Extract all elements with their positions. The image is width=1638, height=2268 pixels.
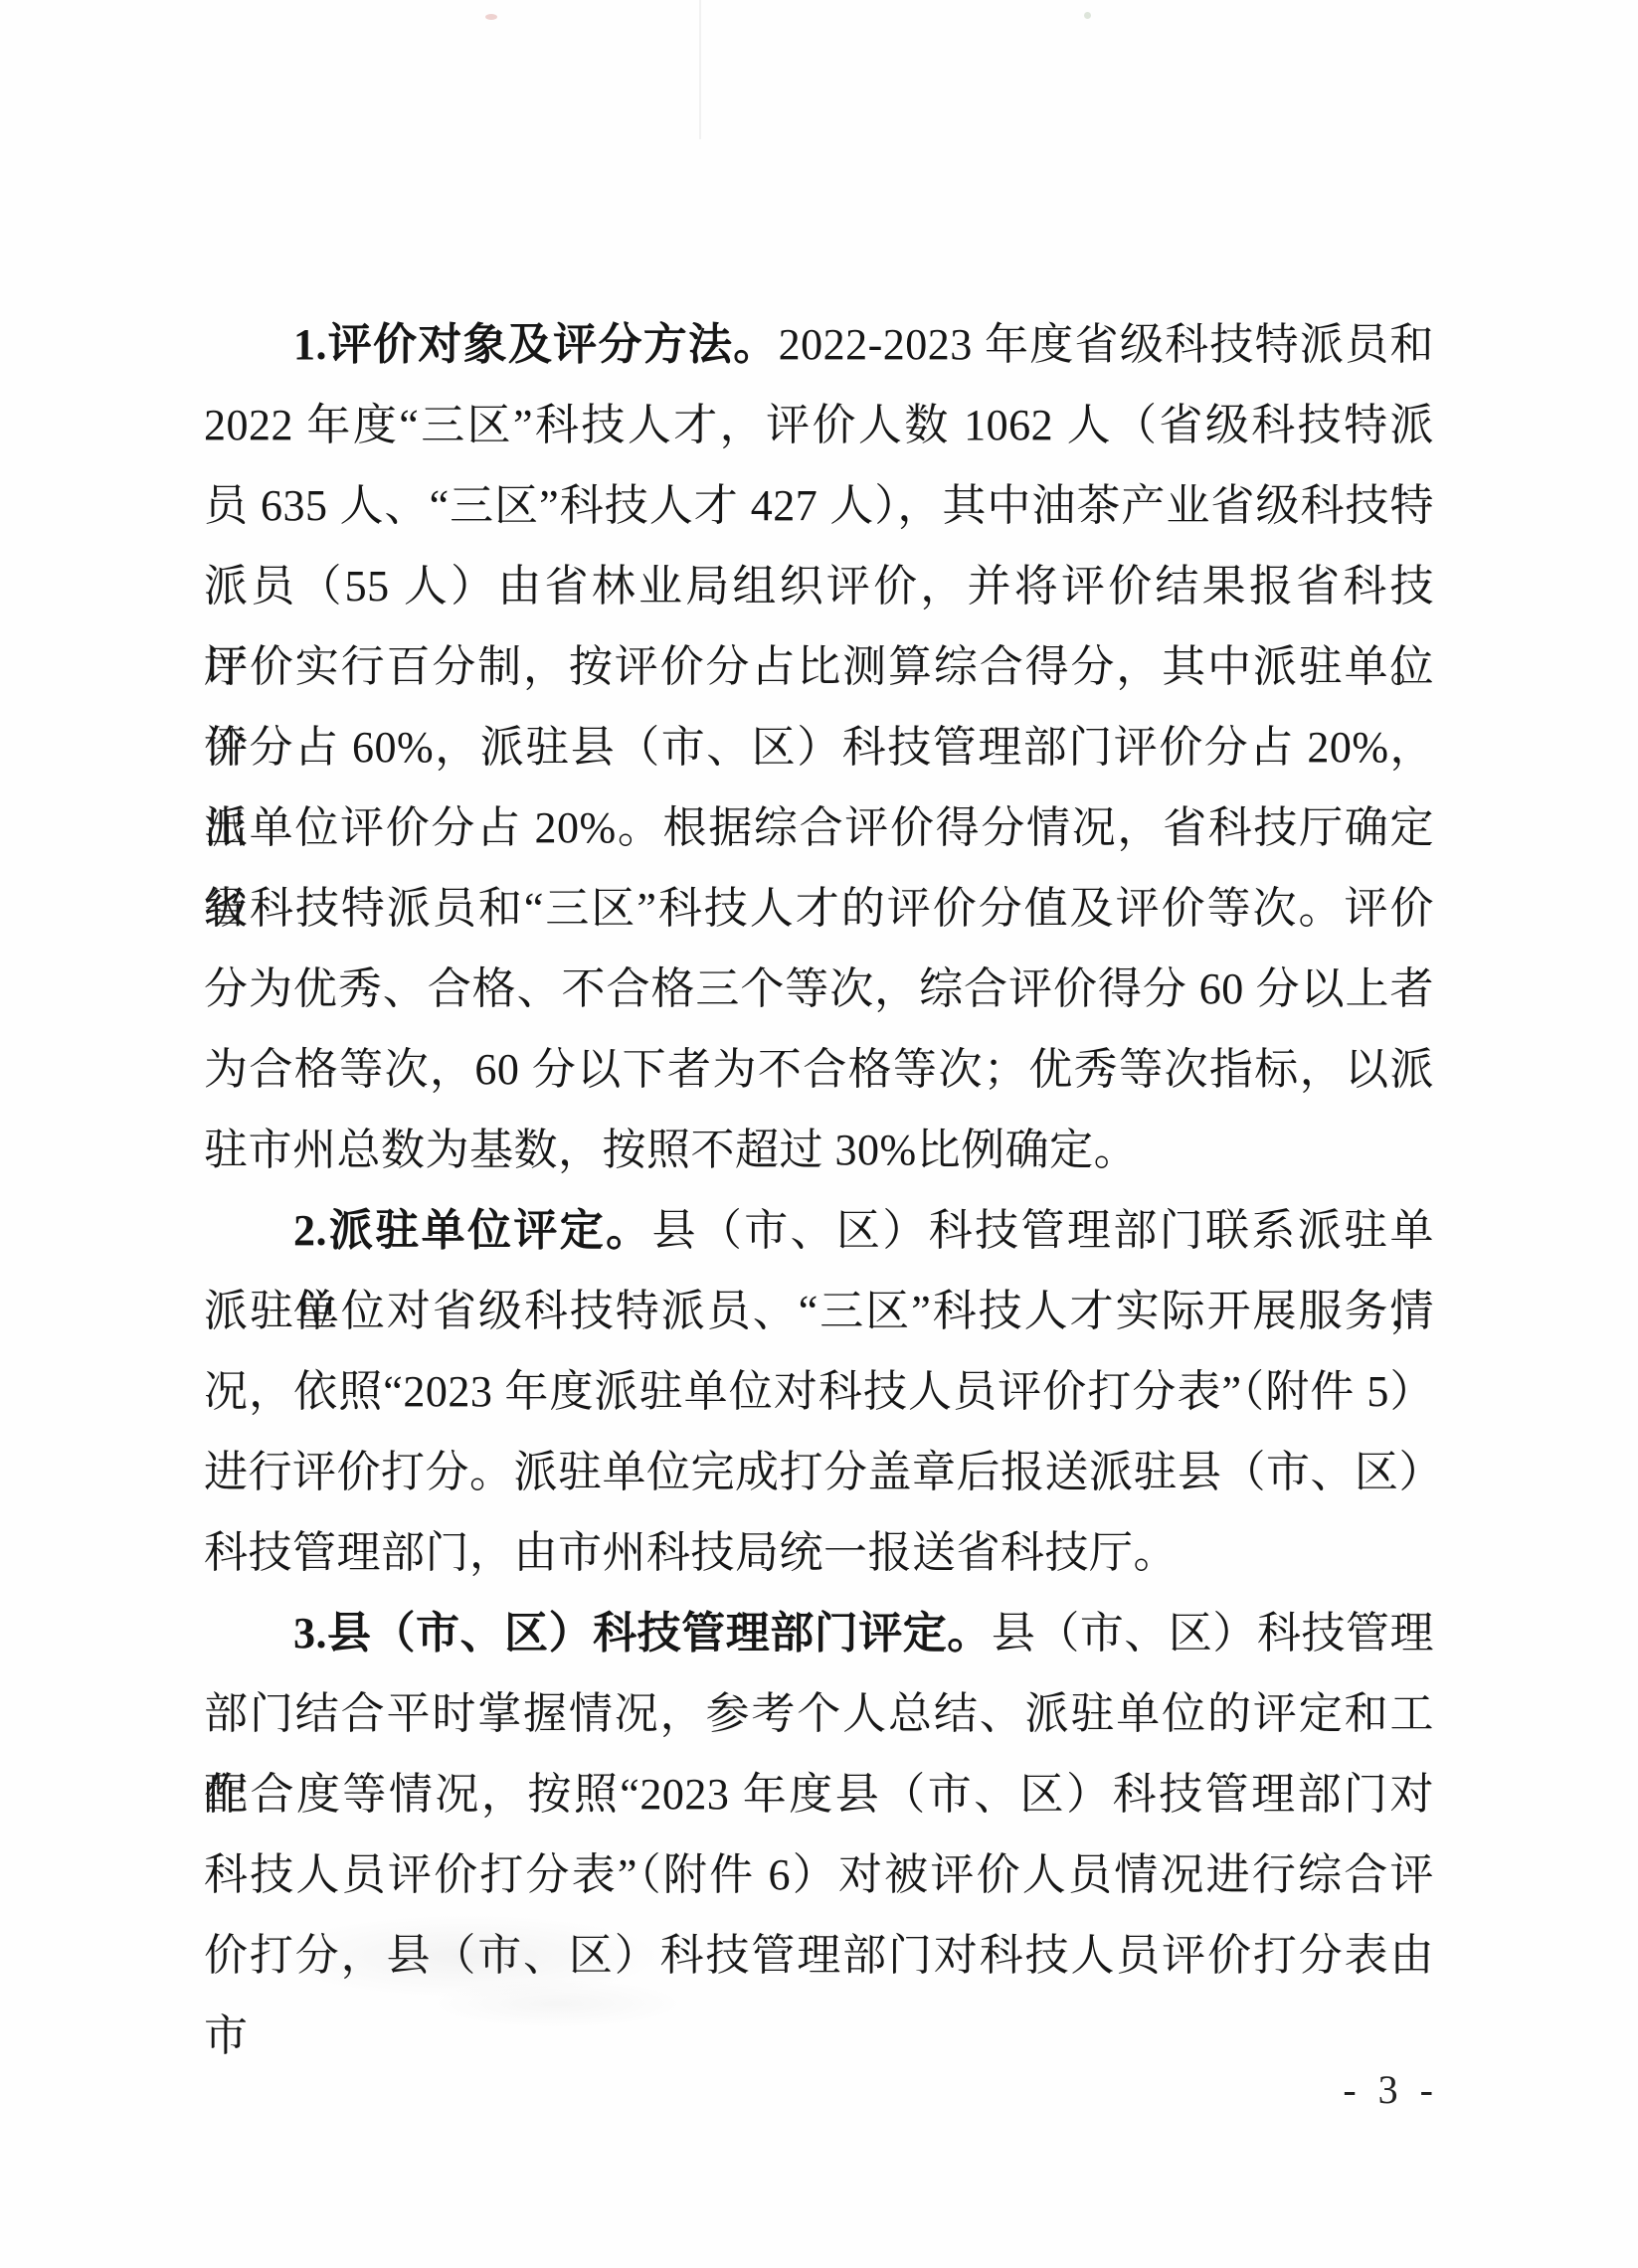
scan-speck: [485, 14, 497, 20]
paragraph-1: 1.评价对象及评分方法。2022-2023 年度省级科技特派员和 2022 年度…: [204, 304, 1434, 1190]
text-run: 驻市州总数为基数，按照不超过 30%比例确定。: [204, 1126, 1138, 1174]
text-line: 部门结合平时掌握情况，参考个人总结、派驻单位的评定和工作: [204, 1673, 1434, 1754]
scan-crease: [699, 0, 701, 139]
text-run: 2022 年度“三区”科技人才，评价人数 1062 人（省级科技特派: [204, 401, 1434, 449]
page-number: - 3 -: [1343, 2066, 1439, 2113]
text-run: 配合度等情况，按照“2023 年度县（市、区）科技管理部门对: [204, 1770, 1434, 1819]
bold-run: 2.派驻单位评定。: [293, 1206, 652, 1255]
text-run: 县（市、区）科技管理: [992, 1609, 1434, 1657]
text-run: 分为优秀、合格、不合格三个等次，综合评价得分 60 分以上者: [204, 964, 1434, 1013]
text-line: 科技管理部门，由市州科技局统一报送省科技厅。: [204, 1512, 1434, 1593]
text-line: 派驻单位对省级科技特派员、“三区”科技人才实际开展服务情: [204, 1271, 1434, 1351]
text-run: 科技人员评价打分表”（附件 6）对被评价人员情况进行综合评: [204, 1850, 1434, 1899]
text-run: 2022-2023 年度省级科技特派员和: [779, 320, 1434, 369]
text-run: 级科技特派员和“三区”科技人才的评价分值及评价等次。评价: [204, 884, 1434, 933]
text-line: 派员（55 人）由省林业局组织评价，并将评价结果报省科技厅。: [204, 546, 1434, 626]
text-run: 进行评价打分。派驻单位完成打分盖章后报送派驻县（市、区）: [204, 1448, 1443, 1496]
text-run: 为合格等次，60 分以下者为不合格等次；优秀等次指标，以派: [204, 1045, 1434, 1094]
scan-smudge: [428, 1979, 686, 2028]
text-line: 驻市州总数为基数，按照不超过 30%比例确定。: [204, 1110, 1434, 1190]
text-line: 配合度等情况，按照“2023 年度县（市、区）科技管理部门对: [204, 1754, 1434, 1834]
text-line: 分为优秀、合格、不合格三个等次，综合评价得分 60 分以上者: [204, 949, 1434, 1029]
text-line: 价分占 60%，派驻县（市、区）科技管理部门评价分占 20%，派: [204, 707, 1434, 787]
text-line: 科技人员评价打分表”（附件 6）对被评价人员情况进行综合评: [204, 1834, 1434, 1915]
paragraph-2: 2.派驻单位评定。县（市、区）科技管理部门联系派驻单位， 派驻单位对省级科技特派…: [204, 1190, 1434, 1593]
text-line: 级科技特派员和“三区”科技人才的评价分值及评价等次。评价: [204, 868, 1434, 949]
text-line: 出单位评价分占 20%。根据综合评价得分情况，省科技厅确定省: [204, 787, 1434, 868]
text-run: 员 635 人、“三区”科技人才 427 人），其中油茶产业省级科技特: [204, 481, 1434, 530]
text-line: 1.评价对象及评分方法。2022-2023 年度省级科技特派员和: [204, 304, 1434, 385]
text-line: 3.县（市、区）科技管理部门评定。县（市、区）科技管理: [204, 1593, 1434, 1673]
text-run: 科技管理部门，由市州科技局统一报送省科技厅。: [204, 1528, 1178, 1577]
text-line: 为合格等次，60 分以下者为不合格等次；优秀等次指标，以派: [204, 1029, 1434, 1110]
bold-run: 3.县（市、区）科技管理部门评定。: [293, 1609, 992, 1657]
text-line: 2.派驻单位评定。县（市、区）科技管理部门联系派驻单位，: [204, 1190, 1434, 1271]
text-run: 况，依照“2023 年度派驻单位对科技人员评价打分表”（附件 5）: [204, 1367, 1434, 1416]
text-line: 2022 年度“三区”科技人才，评价人数 1062 人（省级科技特派: [204, 385, 1434, 465]
document-body: 1.评价对象及评分方法。2022-2023 年度省级科技特派员和 2022 年度…: [204, 304, 1434, 1996]
scan-speck: [1084, 12, 1091, 19]
text-line: 进行评价打分。派驻单位完成打分盖章后报送派驻县（市、区）: [204, 1432, 1434, 1512]
bold-run: 1.评价对象及评分方法。: [293, 320, 779, 369]
text-line: 评价实行百分制，按评价分占比测算综合得分，其中派驻单位评: [204, 626, 1434, 707]
text-line: 员 635 人、“三区”科技人才 427 人），其中油茶产业省级科技特: [204, 465, 1434, 546]
text-run: 派驻单位对省级科技特派员、“三区”科技人才实际开展服务情: [204, 1287, 1434, 1335]
document-page: 1.评价对象及评分方法。2022-2023 年度省级科技特派员和 2022 年度…: [0, 0, 1638, 2268]
text-line: 况，依照“2023 年度派驻单位对科技人员评价打分表”（附件 5）: [204, 1351, 1434, 1432]
